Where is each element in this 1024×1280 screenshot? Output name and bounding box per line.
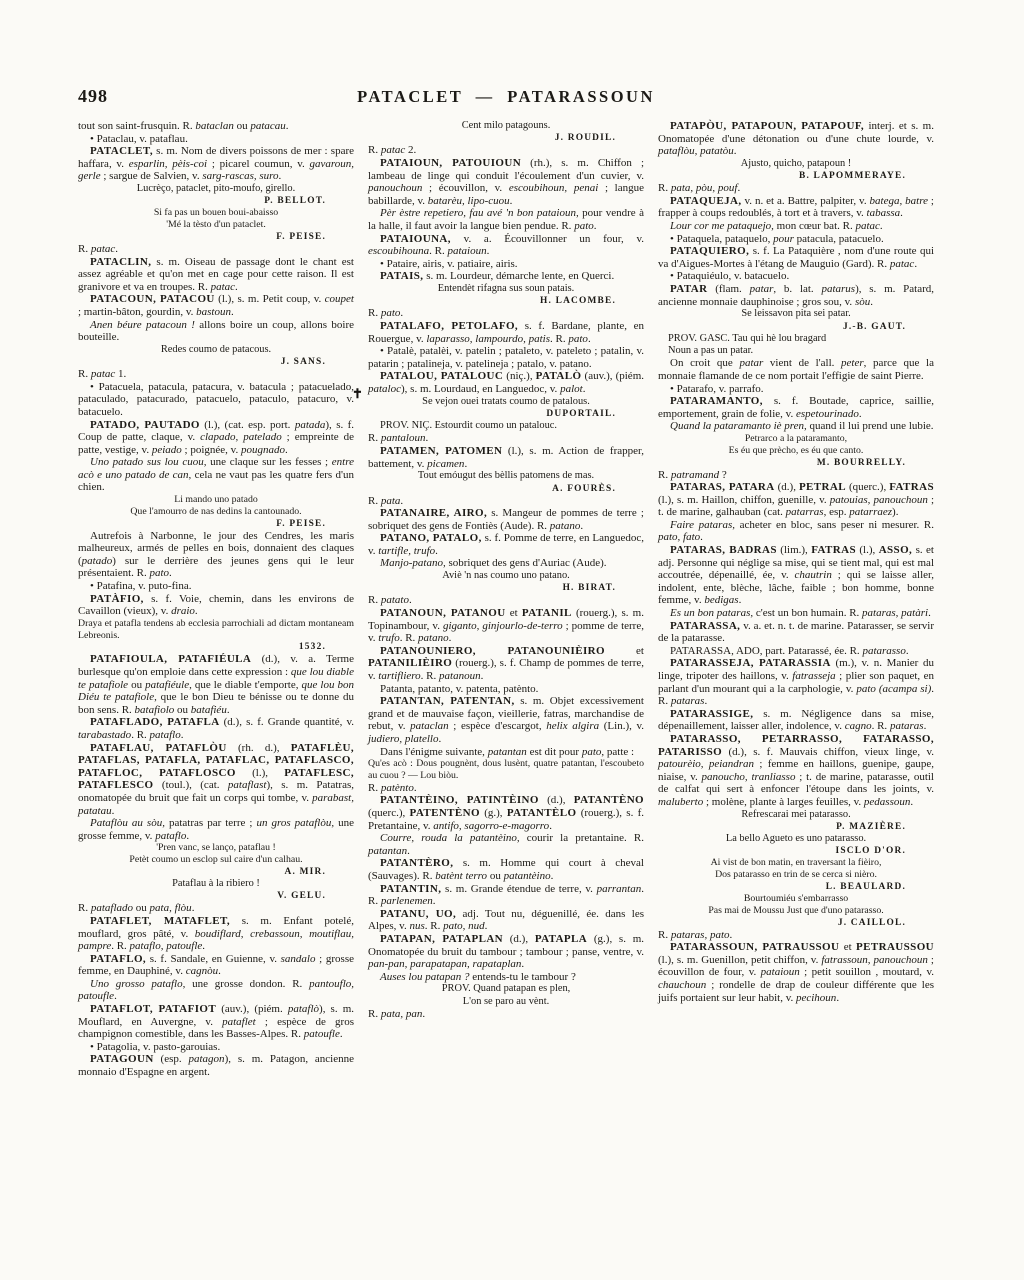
dictionary-entry: Autrefois à Narbonne, le jour des Cendre… [78,530,354,580]
dictionary-entry: PATACOUN, PATACOU (l.), s. m. Petit coup… [78,293,354,318]
dictionary-entry: PATARASSA, v. a. et. n. t. de marine. Pa… [658,620,934,645]
attribution: J. SANS. [78,356,354,368]
verse-quote: Si fa pas un bouen boui-abaisso'Mé la tè… [78,207,354,231]
margin-dagger-mark: ✝ [352,386,363,402]
verse-quote: Redes coumo de patacous. [78,344,354,356]
attribution: P. BELLOT. [78,195,354,207]
dictionary-entry: PATALOU, PATALOUC (niç.), PATALÒ (auv.),… [368,370,644,395]
attribution: P. MAZIÈRE. [658,821,934,833]
dictionary-entry: PATANO, PATALO, s. f. Pomme de terre, en… [368,532,644,557]
dictionary-entry: PATAMEN, PATOMEN (l.), s. m. Action de f… [368,445,644,470]
verse-quote: Petrarco a la pataramanto,Es éu que prèc… [658,433,934,457]
paragraph: R. pato. [368,307,644,320]
dictionary-entry: PATANTIN, s. m. Grande étendue de terre,… [368,883,644,908]
citation: Qu'es acò : Dous pougnènt, dous lusènt, … [368,758,644,782]
dictionary-entry: • Pataclau, v. pataflau. [78,133,354,146]
attribution: L. BEAULARD. [658,881,934,893]
dictionary-entry: • Pataquiéulo, v. batacuelo. [658,270,934,283]
attribution: H. LACOMBE. [368,295,644,307]
dictionary-entry: PATANTAN, PATENTAN, s. m. Objet excessiv… [368,695,644,745]
dictionary-entry: Auses lou patapan ? entends-tu le tambou… [368,971,644,984]
dictionary-entry: On croit que patar vient de l'all. peter… [658,357,934,382]
dictionary-entry: PATAQUIERO, s. f. La Pataquière , nom d'… [658,245,934,270]
dictionary-entry: PATARASSIGE, s. m. Négligence dans sa mi… [658,708,934,733]
dictionary-entry: PATAR (flam. patar, b. lat. patarus), s.… [658,283,934,308]
dictionary-entry: • Patarafo, v. parrafo. [658,383,934,396]
paragraph: R. pataflado ou pata, flòu. [78,902,354,915]
verse-quote: Entendèt rifagna sus soun patais. [368,283,644,295]
paragraph: R. pata. [368,495,644,508]
dictionary-entry: PATANTÈRO, s. m. Homme qui court à cheva… [368,857,644,882]
attribution: J. CAILLOL. [658,917,934,929]
attribution: F. PEISE. [78,231,354,243]
verse-quote: Ajusto, quicho, patapoun ! [658,158,934,170]
page-header: 498 PATACLET — PATARASSOUN [78,86,934,112]
dictionary-entry: PATAPAN, PATAPLAN (d.), PATAPLA (g.), s.… [368,933,644,971]
dictionary-entry: Manjo-patano, sobriquet des gens d'Auria… [368,557,644,570]
paragraph: R. patramand ? [658,469,934,482]
dictionary-entry: PATARASSA, ADO, part. Patarassé, ée. R. … [658,645,934,658]
text-columns: tout son saint-frusquin. R. bataclan ou … [78,120,934,1079]
attribution: J.-B. GAUT. [658,321,934,333]
verse-quote: Bourtoumiéu s'embarrassoPas mai de Mouss… [658,893,934,917]
dictionary-entry: PATANTÈINO, PATINTÈINO (d.), PATANTÈNO (… [368,794,644,832]
dictionary-entry: Es un bon pataras, c'est un bon humain. … [658,607,934,620]
dictionary-entry: Lour cor me pataquejo, mon cœur bat. R. … [658,220,934,233]
verse-quote: Cent milo patagouns. [368,120,644,132]
dictionary-entry: • Pataquela, pataquelo, pour patacula, p… [658,233,934,246]
paragraph: R. pataras, pato. [658,929,934,942]
dictionary-entry: PATARAS, BADRAS (lim.), FATRAS (l.), ASS… [658,544,934,607]
paragraph: R. patènto. [368,782,644,795]
dictionary-entry: PATANU, UO, adj. Tout nu, déguenillé, ée… [368,908,644,933]
paragraph: R. patato. [368,594,644,607]
dictionary-entry: Pèr èstre repetiero, fau avé 'n bon pata… [368,207,644,232]
attribution: ISCLO D'OR. [658,845,934,857]
citation: Draya et patafla tendens ab ecclesia par… [78,618,354,642]
dictionary-entry: PATAIOUN, PATOUIOUN (rh.), s. m. Chiffon… [368,157,644,207]
dictionary-page: 498 PATACLET — PATARASSOUN tout son sain… [0,0,1024,1280]
verse-quote: Refrescarai mei patarasso. [658,809,934,821]
paragraph: R. patac. [78,243,354,256]
attribution: V. GELU. [78,890,354,902]
dictionary-entry: PATARASSO, PETARRASSO, FATARASSO, PATARI… [658,733,934,809]
dictionary-entry: PATARAMANTO, s. f. Boutade, caprice, sai… [658,395,934,420]
attribution: M. BOURRELLY. [658,457,934,469]
verse-quote: Se leissavon pita sei patar. [658,308,934,320]
dictionary-entry: PATANAIRE, AIRO, s. Mangeur de pommes de… [368,507,644,532]
attribution: B. LAPOMMERAYE. [658,170,934,182]
dictionary-entry: PATALAFO, PETOLAFO, s. f. Bardane, plant… [368,320,644,345]
paragraph: R. pantaloun. [368,432,644,445]
dictionary-entry: Courre, rouda la patantèino, courir la p… [368,832,644,857]
dictionary-entry: PATAQUEJA, v. n. et a. Battre, palpiter,… [658,195,934,220]
dictionary-entry: PATACLET, s. m. Nom de divers poissons d… [78,145,354,183]
column-3: PATAPÒU, PATAPOUN, PATAPOUF, interj. et … [658,120,934,1079]
dictionary-entry: PATAFLO, s. f. Sandale, en Guienne, v. s… [78,953,354,978]
dictionary-entry: PATADO, PAUTADO (l.), (cat. esp. port. p… [78,419,354,457]
dictionary-entry: • Patafina, v. puto-fina. [78,580,354,593]
verse-quote: Li mando uno patadoQue l'amourro de nas … [78,494,354,518]
dictionary-entry: • Pataire, airis, v. patiaire, airis. [368,258,644,271]
dictionary-entry: Pataflòu au sòu, patatras par terre ; un… [78,817,354,842]
dictionary-entry: PATAFIOULA, PATAFIÉULA (d.), v. a. Terme… [78,653,354,716]
verse-quote: Tout emóugut des bèllis patomens de mas. [368,470,644,482]
proverb: PROV. GASC. Tau qui hè lou bragard Noun … [658,333,934,358]
attribution: A. FOURÈS. [368,483,644,495]
attribution: H. BIRAT. [368,582,644,594]
attribution: DUPORTAIL. [368,408,644,420]
dictionary-entry: PATARASSOUN, PATRAUSSOU et PETRAUSSOU (l… [658,941,934,1004]
paragraph: R. pata, pan. [368,1008,644,1021]
verse-quote: Aviè 'n nas coumo uno patano. [368,570,644,582]
dictionary-entry: Faire pataras, acheter en bloc, sans pes… [658,519,934,544]
dictionary-entry: PATANOUN, PATANOU et PATANIL (rouerg.), … [368,607,644,645]
attribution: A. MIR. [78,866,354,878]
verse-quote: Pataflau à la ribiero ! [78,878,354,890]
proverb: PROV. Quand patapan es plen,L'on se paro… [368,983,644,1008]
verse-quote: Se vejon ouei tratats coumo de patalous. [368,396,644,408]
dictionary-entry: • Patacuela, patacula, patacura, v. bata… [78,381,354,419]
running-title: PATACLET — PATARASSOUN [78,87,934,107]
dictionary-entry: PATARAS, PATARA (d.), PETRAL (querc.), F… [658,481,934,519]
dictionary-entry: PATACLIN, s. m. Oiseau de passage dont l… [78,256,354,294]
dictionary-entry: PATAFLET, MATAFLET, s. m. Enfant potelé,… [78,915,354,953]
attribution: F. PEISE. [78,518,354,530]
dictionary-entry: Patanta, patanto, v. patenta, patènto. [368,683,644,696]
dictionary-entry: PATÀFIO, s. f. Voie, chemin, dans les en… [78,593,354,618]
paragraph: tout son saint-frusquin. R. bataclan ou … [78,120,354,133]
paragraph: R. patac 2. [368,144,644,157]
dictionary-entry: Quand la pataramanto iè pren, quand il l… [658,420,934,433]
verse-quote: 'Pren vanc, se lanço, pataflau !Petèt co… [78,842,354,866]
paragraph: R. patac 1. [78,368,354,381]
dictionary-entry: PATAFLOT, PATAFIOT (auv.), (piém. patafl… [78,1003,354,1041]
column-1: tout son saint-frusquin. R. bataclan ou … [78,120,354,1079]
dictionary-entry: Anen béure patacoun ! allons boire un co… [78,319,354,344]
dictionary-entry: PATAIOUNA, v. a. Écouvillonner un four, … [368,233,644,258]
verse-quote: La bello Agueto es uno patarasso. [658,833,934,845]
attribution: 1532. [78,641,354,653]
dictionary-entry: • Patalè, patalèi, v. patelin ; pataleto… [368,345,644,370]
dictionary-entry: PATAFLADO, PATAFLA (d.), s. f. Grande qu… [78,716,354,741]
dictionary-entry: PATAIS, s. m. Lourdeur, démarche lente, … [368,270,644,283]
dictionary-entry: PATANOUNIERO, PATANOUNIÈIRO et PATANILIÈ… [368,645,644,683]
proverb: PROV. NIÇ. Estourdit coumo un patalouc. [368,420,644,432]
dictionary-entry: • Patagolia, v. pasto-garouias. [78,1041,354,1054]
dictionary-entry: PATARASSEJA, PATARASSIA (m.), v. n. Mani… [658,657,934,707]
dictionary-entry: PATAFLAU, PATAFLÒU (rh. d.), PATAFLÈU, P… [78,742,354,818]
column-2: Cent milo patagouns.J. ROUDIL.R. patac 2… [368,120,644,1079]
dictionary-entry: Dans l'énigme suivante, patantan est dit… [368,746,644,759]
attribution: J. ROUDIL. [368,132,644,144]
dictionary-entry: PATAPÒU, PATAPOUN, PATAPOUF, interj. et … [658,120,934,158]
paragraph: R. pata, pòu, pouf. [658,182,934,195]
dictionary-entry: Uno patado sus lou cuou, une claque sur … [78,456,354,494]
verse-quote: Ai vist de bon matin, en traversant la f… [658,857,934,881]
dictionary-entry: Uno grosso pataflo, une grosse dondon. R… [78,978,354,1003]
dictionary-entry: PATAGOUN (esp. patagon), s. m. Patagon, … [78,1053,354,1078]
verse-quote: Lucrèço, pataclet, pito-moufo, girello. [78,183,354,195]
